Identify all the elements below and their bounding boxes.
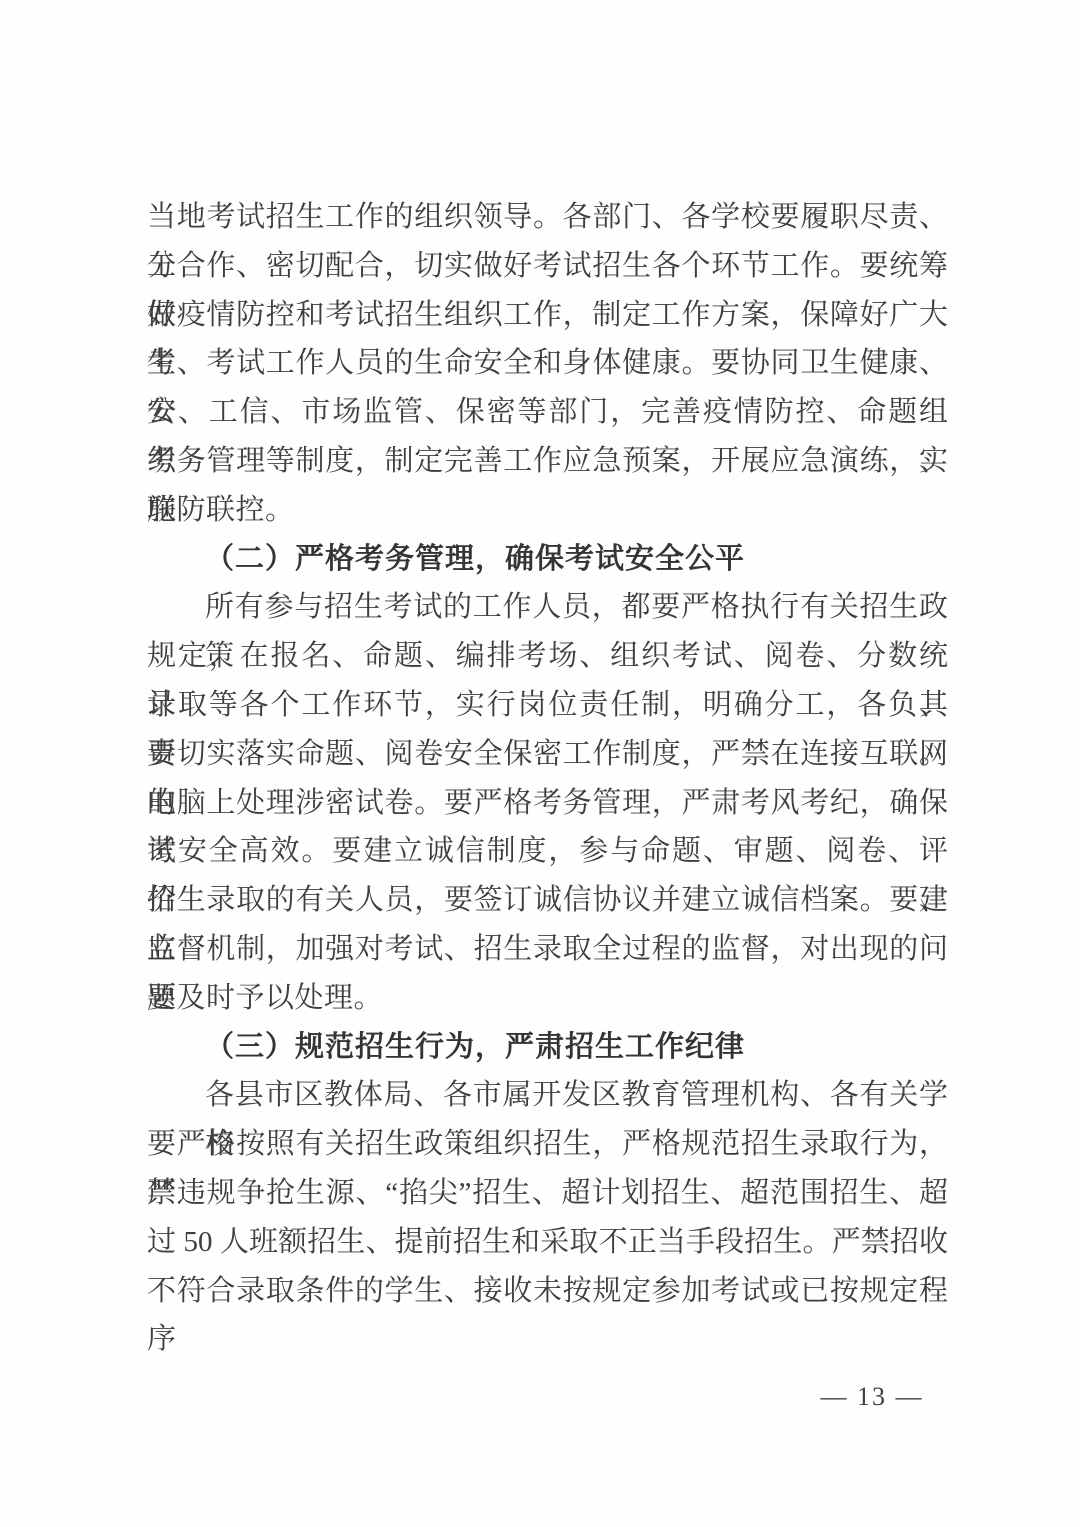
- text-line: 当地考试招生工作的组织领导。各部门、各学校要履职尽责、分: [147, 193, 948, 242]
- text-line: 联防联控。: [147, 486, 948, 535]
- document-page: 当地考试招生工作的组织领导。各部门、各学校要履职尽责、分工合作、密切配合，切实做…: [0, 0, 1080, 1527]
- section-heading: （二）严格考务管理，确保考试安全公平: [147, 535, 948, 584]
- text-line: 要严格按照有关招生政策组织招生，严格规范招生录取行为，严: [147, 1120, 948, 1169]
- text-line: 要切实落实命题、阅卷安全保密工作制度，严禁在连接互联网的: [147, 730, 948, 779]
- text-line: 禁违规争抢生源、“掐尖”招生、超计划招生、超范围招生、超: [147, 1169, 948, 1218]
- text-line: 考务管理等制度，制定完善工作应急预案，开展应急演练，实施: [147, 437, 948, 486]
- text-line: 不符合录取条件的学生、接收未按规定参加考试或已按规定程序: [147, 1267, 948, 1316]
- document-body: 当地考试招生工作的组织领导。各部门、各学校要履职尽责、分工合作、密切配合，切实做…: [147, 193, 948, 1315]
- text-line: 录取等各个工作环节，实行岗位责任制，明确分工，各负其责。: [147, 681, 948, 730]
- text-line: 生、考试工作人员的生命安全和身体健康。要协同卫生健康、公: [147, 339, 948, 388]
- text-line: 过 50 人班额招生、提前招生和采取不正当手段招生。严禁招收: [147, 1218, 948, 1267]
- text-line: 好疫情防控和考试招生组织工作，制定工作方案，保障好广大考: [147, 291, 948, 340]
- text-line: 安、工信、市场监管、保密等部门，完善疫情防控、命题组织、: [147, 388, 948, 437]
- text-line: 规定，在报名、命题、编排考场、组织考试、阅卷、分数统计、: [147, 632, 948, 681]
- text-line: 要及时予以处理。: [147, 974, 948, 1023]
- page-number: — 13 —: [812, 1380, 932, 1414]
- text-line: 招生录取的有关人员，要签订诚信协议并建立诚信档案。要建立: [147, 876, 948, 925]
- text-line: 各县市区教体局、各市属开发区教育管理机构、各有关学校: [147, 1071, 948, 1120]
- text-line: 监督机制，加强对考试、招生录取全过程的监督，对出现的问题: [147, 925, 948, 974]
- text-line: 所有参与招生考试的工作人员，都要严格执行有关招生政策: [147, 583, 948, 632]
- text-line: 试安全高效。要建立诚信制度，参与命题、审题、阅卷、评价、: [147, 827, 948, 876]
- text-line: 电脑上处理涉密试卷。要严格考务管理，严肃考风考纪，确保考: [147, 779, 948, 828]
- text-line: 工合作、密切配合，切实做好考试招生各个环节工作。要统筹做: [147, 242, 948, 291]
- section-heading: （三）规范招生行为，严肃招生工作纪律: [147, 1023, 948, 1072]
